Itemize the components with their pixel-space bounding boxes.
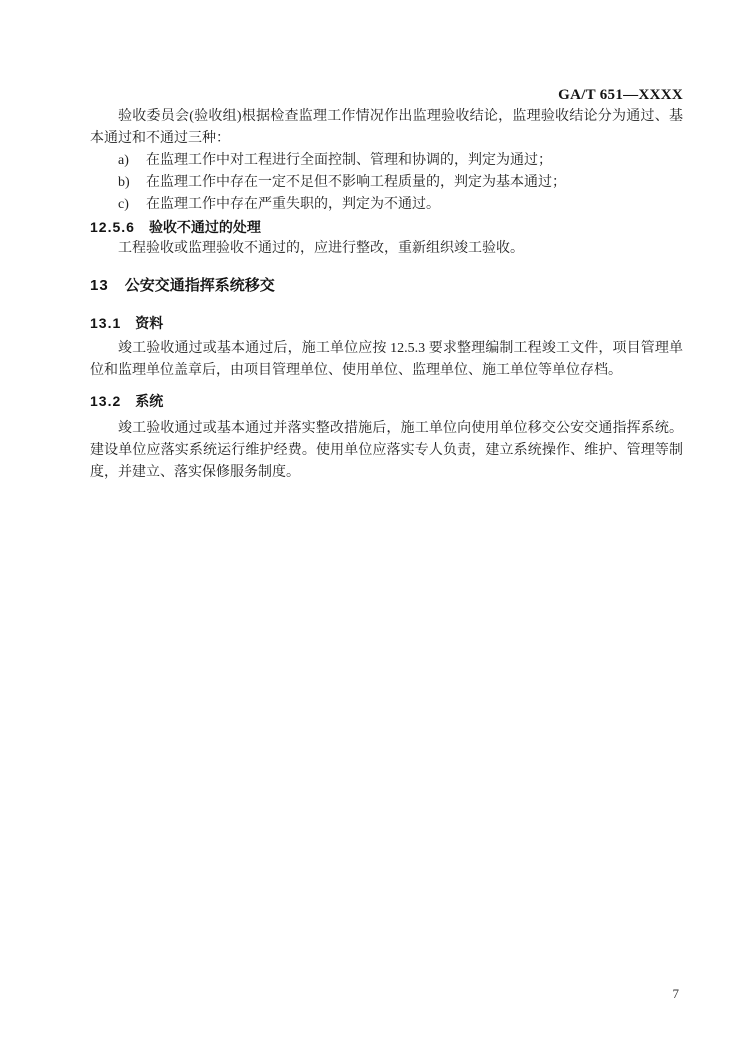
chapter-title: 公安交通指挥系统移交 — [125, 277, 275, 294]
clause-number: 13.1 — [90, 315, 121, 331]
clause-heading-13-1: 13.1资料 — [90, 312, 683, 334]
list-item-text: 在监理工作中存在一定不足但不影响工程质量的，判定为基本通过； — [146, 172, 683, 194]
chapter-number: 13 — [90, 277, 109, 294]
clause-12-5-6-paragraph: 工程验收或监理验收不通过的，应进行整改，重新组织竣工验收。 — [90, 238, 683, 260]
page-number: 7 — [90, 986, 683, 1002]
list-item: c) 在监理工作中存在严重失职的，判定为不通过。 — [90, 194, 683, 216]
list-item-label: c) — [118, 194, 146, 216]
list-item-label: a) — [118, 150, 146, 172]
document-page: GA/T 651—XXXX 验收委员会(验收组)根据检查监理工作情况作出监理验收… — [0, 0, 750, 1060]
clause-title: 资料 — [135, 315, 163, 331]
standard-code-header: GA/T 651—XXXX — [90, 86, 683, 104]
clause-13-1-paragraph: 竣工验收通过或基本通过后，施工单位应按 12.5.3 要求整理编制工程竣工文件，… — [90, 338, 683, 382]
page-content: GA/T 651—XXXX 验收委员会(验收组)根据检查监理工作情况作出监理验收… — [90, 86, 683, 484]
intro-paragraph: 验收委员会(验收组)根据检查监理工作情况作出监理验收结论，监理验收结论分为通过、… — [90, 106, 683, 150]
list-item-text: 在监理工作中存在严重失职的，判定为不通过。 — [146, 194, 683, 216]
clause-number: 13.2 — [90, 393, 121, 409]
chapter-heading-13: 13公安交通指挥系统移交 — [90, 274, 683, 298]
clause-heading-12-5-6: 12.5.6验收不通过的处理 — [90, 216, 683, 238]
conclusion-list: a) 在监理工作中对工程进行全面控制、管理和协调的，判定为通过； b) 在监理工… — [90, 150, 683, 216]
list-item: a) 在监理工作中对工程进行全面控制、管理和协调的，判定为通过； — [90, 150, 683, 172]
clause-title: 系统 — [135, 393, 163, 409]
list-item-text: 在监理工作中对工程进行全面控制、管理和协调的，判定为通过； — [146, 150, 683, 172]
clause-title: 验收不通过的处理 — [149, 219, 261, 235]
clause-number: 12.5.6 — [90, 219, 135, 235]
clause-13-2-paragraph: 竣工验收通过或基本通过并落实整改措施后，施工单位向使用单位移交公安交通指挥系统。… — [90, 418, 683, 484]
list-item-label: b) — [118, 172, 146, 194]
list-item: b) 在监理工作中存在一定不足但不影响工程质量的，判定为基本通过； — [90, 172, 683, 194]
clause-heading-13-2: 13.2系统 — [90, 390, 683, 412]
